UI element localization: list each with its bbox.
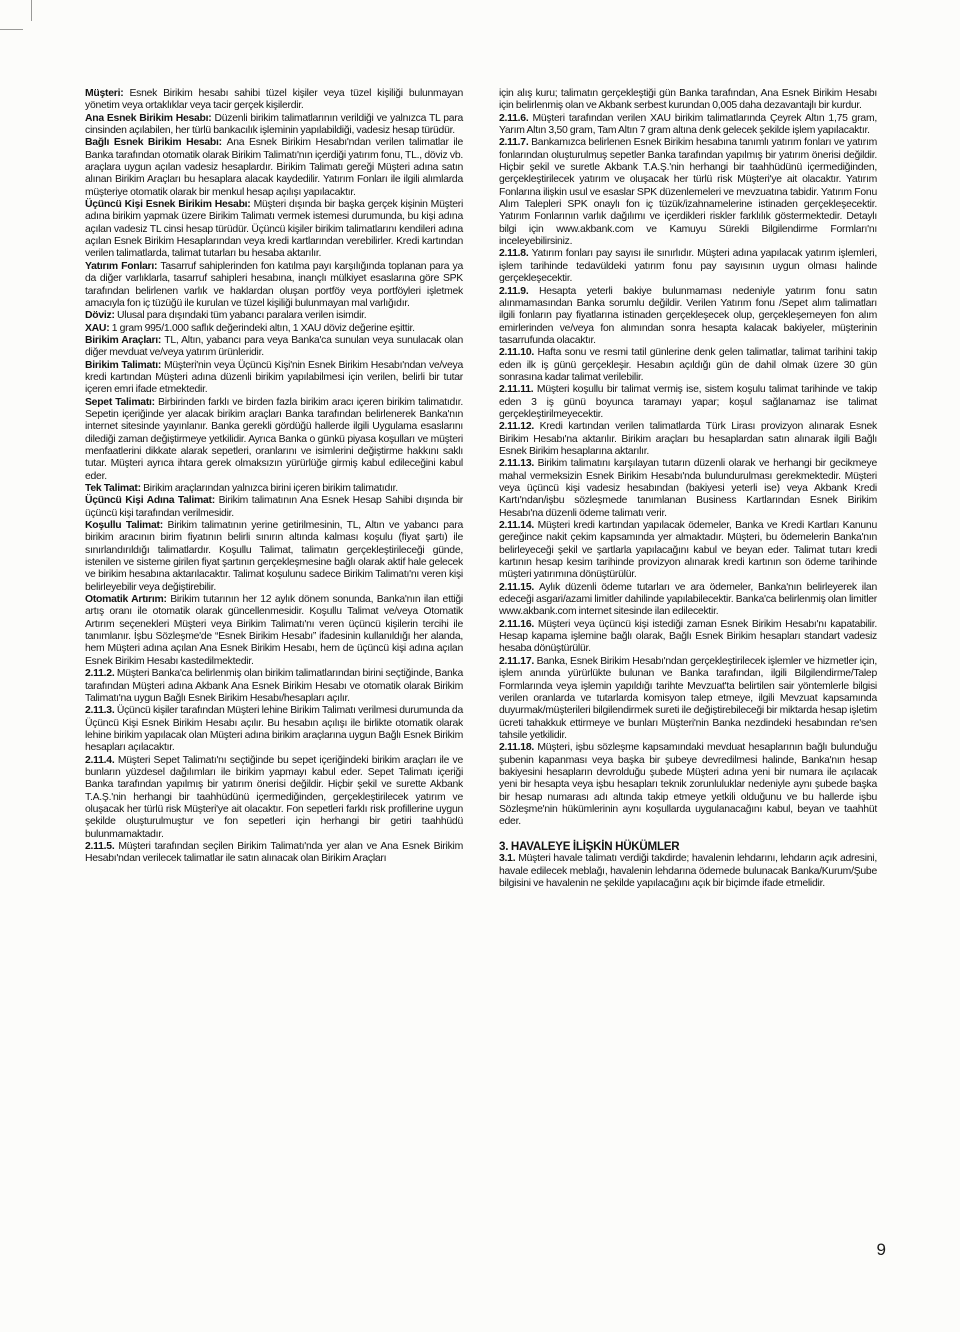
paragraph-lead: 2.11.9.	[499, 286, 539, 297]
paragraph: 2.11.2. Müşteri Banka'ca belirlenmiş ola…	[85, 668, 463, 705]
paragraph: 2.11.10. Hafta sonu ve resmi tatil günle…	[499, 347, 877, 384]
paragraph-lead: Yatırım Fonları:	[85, 261, 160, 272]
right-column: için alış kuru; talimatın gerçekleştiği …	[499, 88, 877, 890]
paragraph-lead: 3.1.	[499, 853, 518, 864]
paragraph: 2.11.15. Aylık düzenli ödeme tutarları v…	[499, 582, 877, 619]
paragraph: Tek Talimat: Birikim araçlarından yalnız…	[85, 483, 463, 495]
paragraph: 2.11.9. Hesapta yeterli bakiye bulunmama…	[499, 286, 877, 348]
paragraph: Yatırım Fonları: Tasarruf sahiplerinden …	[85, 261, 463, 310]
paragraph: 2.11.8. Yatırım fonları pay sayısı ile s…	[499, 248, 877, 285]
paragraph: Bağlı Esnek Birikim Hesabı: Ana Esnek Bi…	[85, 137, 463, 199]
paragraph-lead: Tek Talimat:	[85, 483, 143, 494]
paragraph-lead: Otomatik Artırım:	[85, 594, 170, 605]
paragraph-lead: 2.11.7.	[499, 137, 531, 148]
paragraph-lead: 2.11.4.	[85, 755, 118, 766]
paragraph: 2.11.4. Müşteri Sepet Talimatı'nı seçtiğ…	[85, 755, 463, 841]
paragraph: 2.11.12. Kredi kartından verilen talimat…	[499, 421, 877, 458]
paragraph-lead: Döviz:	[85, 310, 117, 321]
paragraph-lead: Sepet Talimatı:	[85, 397, 158, 408]
text-columns: Müşteri: Esnek Birikim hesabı sahibi tüz…	[85, 88, 878, 890]
left-column: Müşteri: Esnek Birikim hesabı sahibi tüz…	[85, 88, 463, 890]
paragraph: 2.11.5. Müşteri tarafından seçilen Birik…	[85, 841, 463, 866]
paragraph: Birikim Talimatı: Müşteri'nin veya Üçünc…	[85, 360, 463, 397]
paragraph-lead: Üçüncü Kişi Esnek Birikim Hesabı:	[85, 199, 254, 210]
paragraph: 3.1. Müşteri havale talimatı verdiği tak…	[499, 853, 877, 890]
paragraph-lead: Birikim Talimatı:	[85, 360, 164, 371]
paragraph: Koşullu Talimat: Birikim talimatının yer…	[85, 520, 463, 594]
page-number: 9	[862, 1240, 886, 1260]
paragraph: Ana Esnek Birikim Hesabı: Düzenli biriki…	[85, 113, 463, 138]
paragraph-lead: 2.11.15.	[499, 582, 539, 593]
paragraph-lead: 2.11.10.	[499, 347, 538, 358]
paragraph: Birikim Araçları: TL, Altın, yabancı par…	[85, 335, 463, 360]
paragraph: Üçüncü Kişi Esnek Birikim Hesabı: Müşter…	[85, 199, 463, 261]
paragraph: 2.11.18. Müşteri, işbu sözleşme kapsamın…	[499, 742, 877, 828]
paragraph-lead: 2.11.16.	[499, 619, 538, 630]
paragraph-lead: Koşullu Talimat:	[85, 520, 168, 531]
paragraph: 2.11.14. Müşteri kredi kartından yapılac…	[499, 520, 877, 582]
paragraph: 2.11.11. Müşteri koşullu bir talimat ver…	[499, 384, 877, 421]
paragraph-lead: 2.11.5.	[85, 841, 118, 852]
paragraph-lead: 2.11.12.	[499, 421, 540, 432]
paragraph: 2.11.7. Bankamızca belirlenen Esnek Biri…	[499, 137, 877, 248]
paragraph: XAU: 1 gram 995/1.000 saflık değerindeki…	[85, 323, 463, 335]
crop-mark-horizontal	[0, 29, 23, 30]
paragraph-lead: Üçüncü Kişi Adına Talimat:	[85, 495, 219, 506]
paragraph-lead: 2.11.18.	[499, 742, 537, 753]
paragraph-lead: 2.11.13.	[499, 458, 538, 469]
paragraph: Döviz: Ulusal para dışındaki tüm yabancı…	[85, 310, 463, 322]
document-page: Müşteri: Esnek Birikim hesabı sahibi tüz…	[0, 0, 960, 1332]
paragraph-lead: XAU:	[85, 323, 112, 334]
paragraph-lead: 2.11.11.	[499, 384, 537, 395]
paragraph: 2.11.3. Üçüncü kişiler tarafından Müşter…	[85, 705, 463, 754]
paragraph: için alış kuru; talimatın gerçekleştiği …	[499, 88, 877, 113]
paragraph: Otomatik Artırım: Birikim tutarının her …	[85, 594, 463, 668]
paragraph-lead: Bağlı Esnek Birikim Hesabı:	[85, 137, 227, 148]
paragraph: 2.11.17. Banka, Esnek Birikim Hesabı'nda…	[499, 656, 877, 742]
paragraph-lead: 2.11.17.	[499, 656, 537, 667]
paragraph-lead: Birikim Araçları:	[85, 335, 164, 346]
paragraph: Müşteri: Esnek Birikim hesabı sahibi tüz…	[85, 88, 463, 113]
paragraph-lead: 2.11.6.	[499, 113, 533, 124]
paragraph-lead: Müşteri:	[85, 88, 129, 99]
paragraph: Sepet Talimatı: Birbirinden farklı ve bi…	[85, 397, 463, 483]
paragraph: Üçüncü Kişi Adına Talimat: Birikim talim…	[85, 495, 463, 520]
paragraph-lead: Ana Esnek Birikim Hesabı:	[85, 113, 214, 124]
paragraph: 2.11.6. Müşteri tarafından verilen XAU b…	[499, 113, 877, 138]
crop-mark-vertical	[31, 0, 32, 21]
paragraph-lead: 2.11.8.	[499, 248, 532, 259]
paragraph: 2.11.16. Müşteri veya üçüncü kişi istedi…	[499, 619, 877, 656]
paragraph: 2.11.13. Birikim talimatını karşılayan t…	[499, 458, 877, 520]
paragraph-lead: 2.11.3.	[85, 705, 117, 716]
section-heading: 3. HAVALEYE İLİŞKİN HÜKÜMLER	[499, 841, 877, 853]
paragraph-lead: 2.11.14.	[499, 520, 538, 531]
paragraph-lead: 2.11.2.	[85, 668, 117, 679]
